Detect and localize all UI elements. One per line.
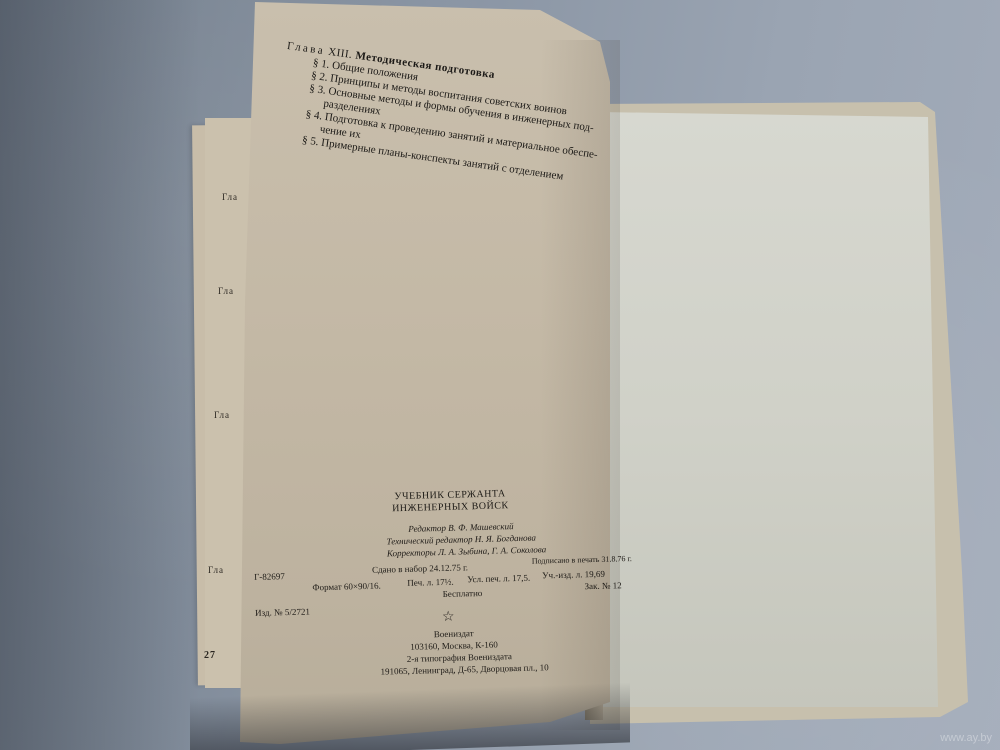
page-number: 27 — [204, 650, 216, 661]
back-page-label: Гла — [218, 286, 234, 296]
back-page-label: Гла — [222, 192, 238, 202]
order-number: Зак. № 12 — [584, 579, 622, 592]
back-page-label: Гла — [214, 410, 230, 420]
colophon: УЧЕБНИК СЕРЖАНТА ИНЖЕНЕРНЫХ ВОЙСК Редакт… — [250, 486, 615, 681]
edition-number: Изд. № 5/2721 — [255, 605, 310, 618]
watermark: www.ay.by — [940, 732, 992, 744]
blank-endpaper — [598, 112, 938, 707]
left-shadow — [0, 0, 200, 750]
back-page-label: Гла — [208, 565, 224, 575]
